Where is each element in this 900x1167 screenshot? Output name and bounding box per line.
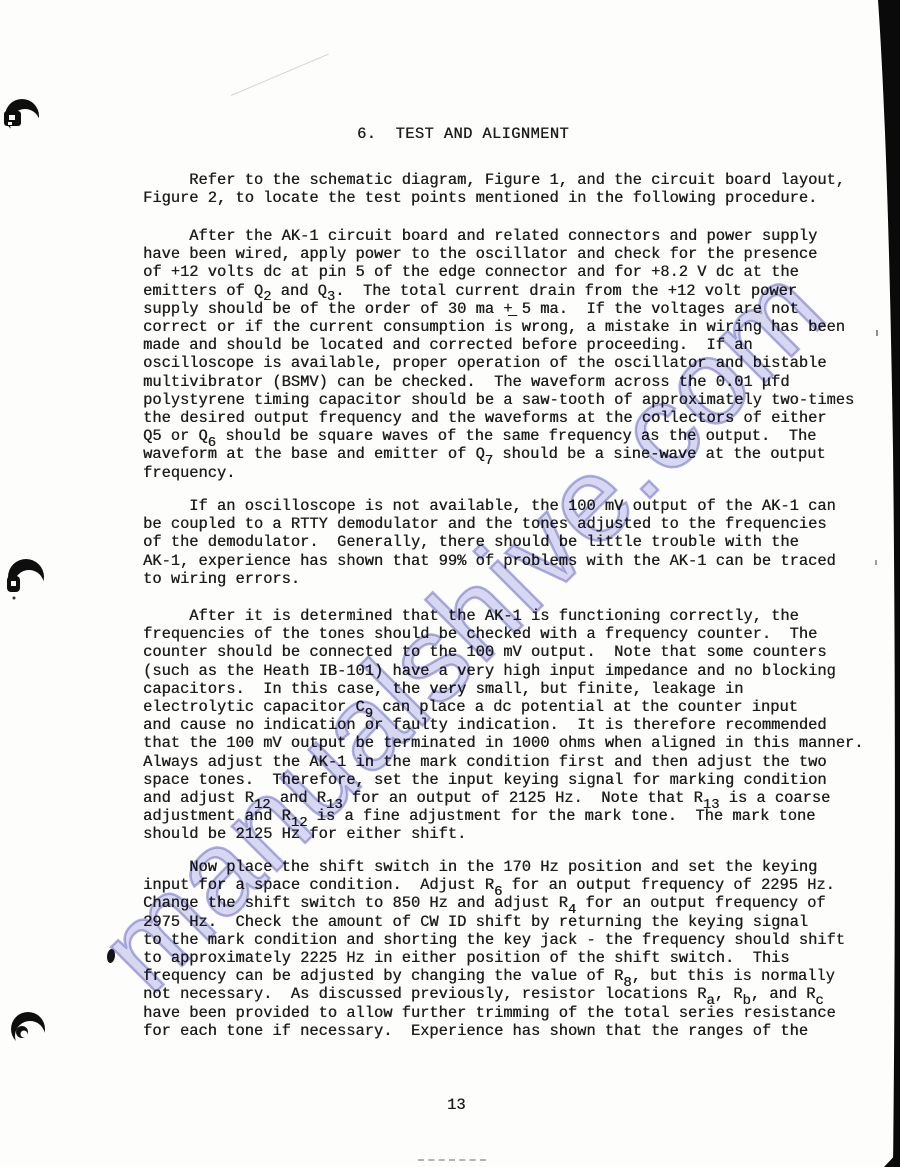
text-line: input for a space condition. Adjust R6 f… — [143, 876, 845, 894]
text-line: be coupled to a RTTY demodulator and the… — [143, 515, 836, 533]
text-line: oscilloscope is available, proper operat… — [143, 354, 854, 372]
text-line: counter should be connected to the 100 m… — [143, 643, 863, 661]
binder-mark-icons — [0, 0, 60, 1167]
text-line: have been wired, apply power to the osci… — [143, 245, 854, 263]
text-line: frequency. — [143, 464, 854, 482]
text-line: supply should be of the order of 30 ma +… — [143, 300, 854, 318]
text-line: made and should be located and corrected… — [143, 336, 854, 354]
scanned-manual-page: manualshive.com 6. TEST AND ALIGNMENT Re… — [0, 0, 900, 1167]
text-line: capacitors. In this case, the very small… — [143, 680, 863, 698]
text-line: to the mark condition and shorting the k… — [143, 931, 845, 949]
text-line: (such as the Heath IB-101) have a very h… — [143, 662, 863, 680]
text-line: 2975 Hz. Check the amount of CW ID shift… — [143, 913, 845, 931]
text-line: of +12 volts dc at pin 5 of the edge con… — [143, 263, 854, 281]
text-line: to approximately 2225 Hz in either posit… — [143, 949, 845, 967]
text-line: and adjust R12 and R13 for an output of … — [143, 789, 863, 807]
paragraph-shift-adjustment: Now place the shift switch in the 170 Hz… — [143, 858, 845, 1040]
text-line: Now place the shift switch in the 170 Hz… — [143, 858, 845, 876]
scan-edge-bar — [874, 0, 900, 1167]
text-line: correct or if the current consumption is… — [143, 318, 854, 336]
text-line: AK-1, experience has shown that 99% of p… — [143, 552, 836, 570]
text-line: Q5 or Q6 should be square waves of the s… — [143, 427, 854, 445]
paragraph-rtty-demodulator: If an oscilloscope is not available, the… — [143, 497, 836, 588]
text-line: Refer to the schematic diagram, Figure 1… — [143, 171, 845, 189]
paragraph-frequency-counter: After it is determined that the AK-1 is … — [143, 607, 863, 844]
text-line: If an oscilloscope is not available, the… — [143, 497, 836, 515]
text-line: After it is determined that the AK-1 is … — [143, 607, 863, 625]
text-line: emitters of Q2 and Q3. The total current… — [143, 282, 854, 300]
text-line: space tones. Therefore, set the input ke… — [143, 771, 863, 789]
text-line: and cause no indication or faulty indica… — [143, 716, 863, 734]
text-line: adjustment and R12 is a fine adjustment … — [143, 807, 863, 825]
binder-mark-bottom — [11, 1012, 45, 1051]
text-line: for each tone if necessary. Experience h… — [143, 1022, 845, 1040]
paragraph-intro: Refer to the schematic diagram, Figure 1… — [143, 171, 845, 207]
text-line: After the AK-1 circuit board and related… — [143, 227, 854, 245]
section-title: 6. TEST AND ALIGNMENT — [357, 125, 569, 143]
text-line: frequencies of the tones should be check… — [143, 625, 863, 643]
text-line: Figure 2, to locate the test points ment… — [143, 189, 845, 207]
scan-noise-dashes — [418, 1159, 486, 1161]
text-line: polystyrene timing capacitor should be a… — [143, 391, 854, 409]
text-line: to wiring errors. — [143, 570, 836, 588]
binder-mark-middle — [7, 559, 44, 600]
text-line: should be 2125 Hz for either shift. — [143, 825, 863, 843]
text-line: Always adjust the AK-1 in the mark condi… — [143, 753, 863, 771]
paragraph-power-check: After the AK-1 circuit board and related… — [143, 227, 854, 482]
scan-scratch-mark — [231, 54, 329, 96]
ink-spot — [106, 949, 116, 964]
text-line: of the demodulator. Generally, there sho… — [143, 533, 836, 551]
text-line: electrolytic capacitor C9 can place a dc… — [143, 698, 863, 716]
text-line: the desired output frequency and the wav… — [143, 409, 854, 427]
text-line: waveform at the base and emitter of Q7 s… — [143, 445, 854, 463]
text-line: frequency can be adjusted by changing th… — [143, 967, 845, 985]
text-line: that the 100 mV output be terminated in … — [143, 734, 863, 752]
page-number: 13 — [447, 1096, 465, 1114]
text-line: not necessary. As discussed previously, … — [143, 985, 845, 1003]
binder-mark-top — [4, 99, 40, 139]
text-line: have been provided to allow further trim… — [143, 1004, 845, 1022]
text-line: multivibrator (BSMV) can be checked. The… — [143, 373, 854, 391]
